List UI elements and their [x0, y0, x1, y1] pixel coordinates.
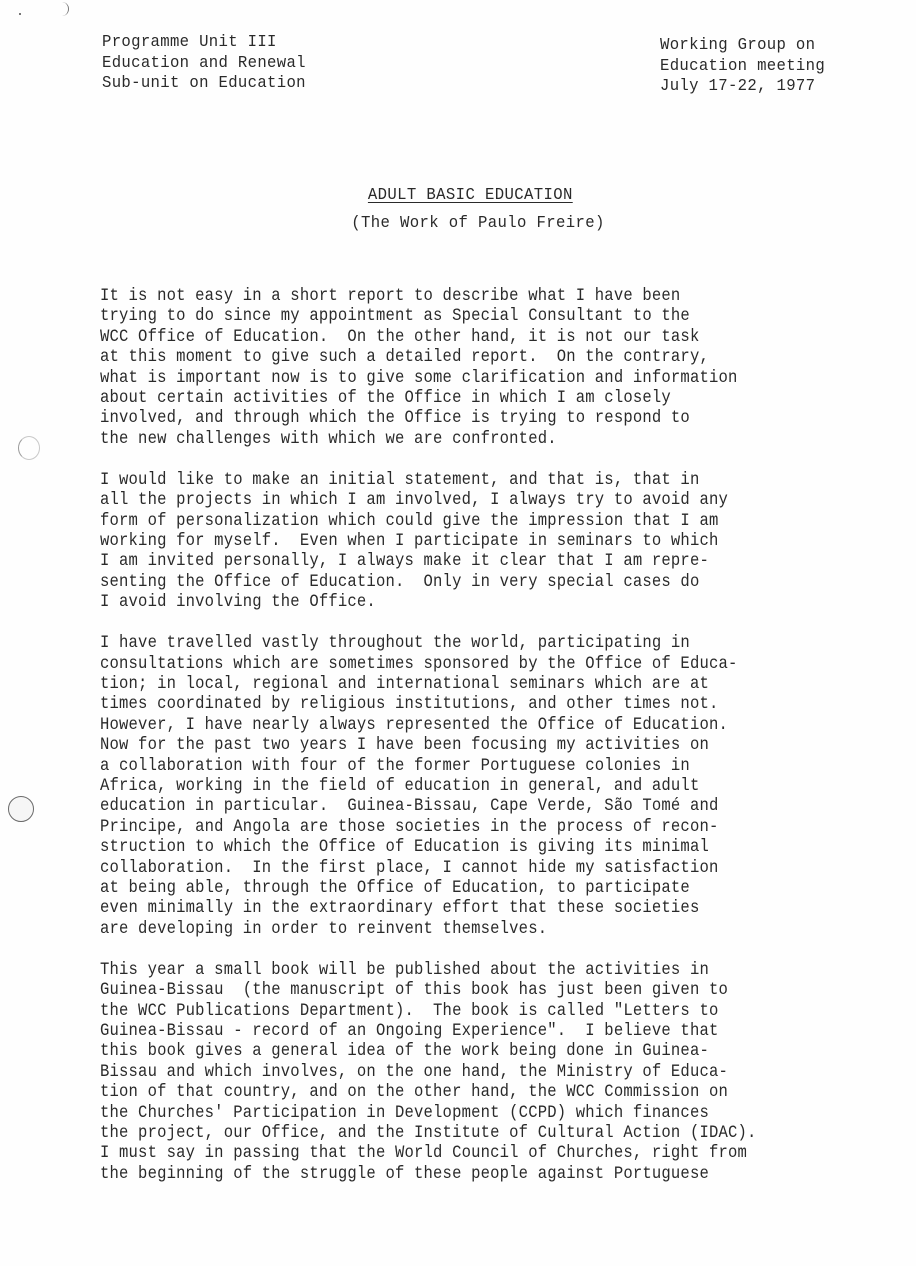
- text-line: the beginning of the struggle of these p…: [100, 1165, 915, 1185]
- text-line: senting the Office of Education. Only in…: [100, 573, 915, 593]
- text-line: consultations which are sometimes sponso…: [100, 655, 915, 675]
- header-right-line: July 17-22, 1977: [660, 77, 825, 98]
- header-meeting-info: Working Group on Education meeting July …: [660, 36, 825, 98]
- document-body: It is not easy in a short report to desc…: [100, 287, 915, 1206]
- text-line: collaboration. In the first place, I can…: [100, 859, 915, 879]
- title-block: ADULT BASIC EDUCATION (The Work of Paulo…: [0, 186, 916, 233]
- text-line: at this moment to give such a detailed r…: [100, 348, 915, 368]
- body-paragraph: I would like to make an initial statemen…: [100, 471, 915, 614]
- document-page: Programme Unit III Education and Renewal…: [0, 0, 916, 1266]
- text-line: Africa, working in the field of educatio…: [100, 777, 915, 797]
- hole-punch-mark: [8, 796, 34, 822]
- text-line: at being able, through the Office of Edu…: [100, 879, 915, 899]
- text-line: Principe, and Angola are those societies…: [100, 818, 915, 838]
- header-left-line: Sub-unit on Education: [102, 74, 306, 95]
- header-left-line: Programme Unit III: [102, 33, 306, 54]
- text-line: WCC Office of Education. On the other ha…: [100, 328, 915, 348]
- text-line: I would like to make an initial statemen…: [100, 471, 915, 491]
- text-line: trying to do since my appointment as Spe…: [100, 307, 915, 327]
- text-line: are developing in order to reinvent them…: [100, 920, 915, 940]
- document-subtitle: (The Work of Paulo Freire): [75, 214, 881, 233]
- text-line: struction to which the Office of Educati…: [100, 838, 915, 858]
- text-line: I have travelled vastly throughout the w…: [100, 634, 915, 654]
- text-line: involved, and through which the Office i…: [100, 409, 915, 429]
- text-line: tion; in local, regional and internation…: [100, 675, 915, 695]
- text-line: I avoid involving the Office.: [100, 593, 915, 613]
- text-line: the WCC Publications Department). The bo…: [100, 1002, 915, 1022]
- body-paragraph: It is not easy in a short report to desc…: [100, 287, 915, 450]
- body-paragraph: This year a small book will be published…: [100, 961, 915, 1185]
- text-line: education in particular. Guinea-Bissau, …: [100, 797, 915, 817]
- text-line: I must say in passing that the World Cou…: [100, 1144, 915, 1164]
- body-paragraph: I have travelled vastly throughout the w…: [100, 634, 915, 940]
- scan-speck: [19, 13, 21, 15]
- text-line: tion of that country, and on the other h…: [100, 1083, 915, 1103]
- text-line: what is important now is to give some cl…: [100, 369, 915, 389]
- text-line: times coordinated by religious instituti…: [100, 695, 915, 715]
- header-right-line: Education meeting: [660, 57, 825, 78]
- text-line: Guinea-Bissau - record of an Ongoing Exp…: [100, 1022, 915, 1042]
- text-line: this book gives a general idea of the wo…: [100, 1042, 915, 1062]
- header-left-line: Education and Renewal: [102, 54, 306, 75]
- text-line: form of personalization which could give…: [100, 512, 915, 532]
- text-line: a collaboration with four of the former …: [100, 757, 915, 777]
- hole-punch-mark: [18, 436, 40, 460]
- text-line: about certain activities of the Office i…: [100, 389, 915, 409]
- text-line: working for myself. Even when I particip…: [100, 532, 915, 552]
- header-right-line: Working Group on: [660, 36, 825, 57]
- header-programme-unit: Programme Unit III Education and Renewal…: [102, 33, 306, 95]
- text-line: Guinea-Bissau (the manuscript of this bo…: [100, 981, 915, 1001]
- document-title: ADULT BASIC EDUCATION: [368, 186, 573, 205]
- text-line: Bissau and which involves, on the one ha…: [100, 1063, 915, 1083]
- text-line: even minimally in the extraordinary effo…: [100, 899, 915, 919]
- text-line: I am invited personally, I always make i…: [100, 552, 915, 572]
- scan-mark: [62, 2, 69, 16]
- text-line: the project, our Office, and the Institu…: [100, 1124, 915, 1144]
- text-line: the new challenges with which we are con…: [100, 430, 915, 450]
- text-line: However, I have nearly always represente…: [100, 716, 915, 736]
- text-line: Now for the past two years I have been f…: [100, 736, 915, 756]
- text-line: the Churches' Participation in Developme…: [100, 1104, 915, 1124]
- text-line: It is not easy in a short report to desc…: [100, 287, 915, 307]
- text-line: all the projects in which I am involved,…: [100, 491, 915, 511]
- text-line: This year a small book will be published…: [100, 961, 915, 981]
